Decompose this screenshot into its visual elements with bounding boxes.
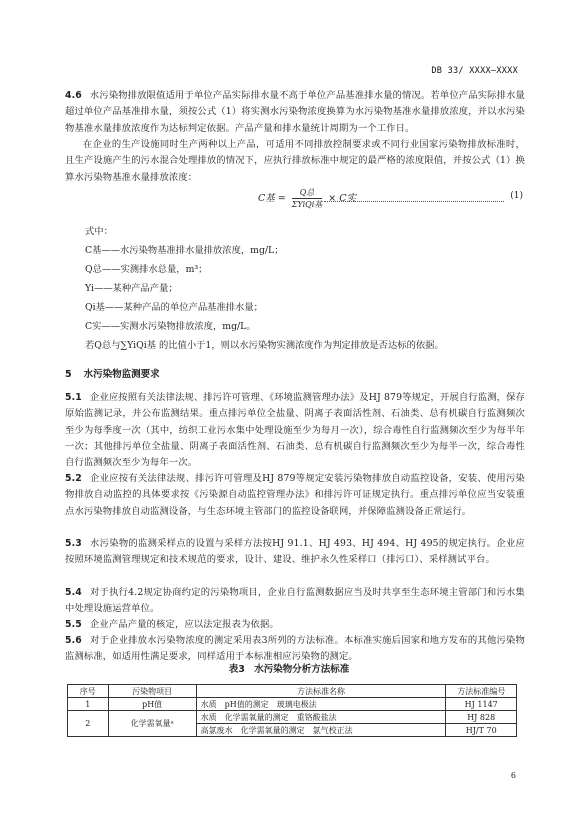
variable-def: Q总——实测排水总量，m³； — [85, 260, 444, 279]
clause-5-2: 5.2企业应按有关法律法规、排污许可管理及HJ 879等规定安装污染物排放自动监… — [65, 471, 525, 520]
clause-4-6-paragraph-2: 在企业的生产设施同时生产两种以上产品，可适用不同排放控制要求或不同行业国家污染物… — [65, 137, 525, 186]
column-header: 方法标准编号 — [446, 685, 517, 698]
variable-definitions: 式中： C基——水污染物基准排水量排放浓度，mg/L； Q总——实测排水总量，m… — [85, 222, 444, 355]
clause-4-6-paragraph: 4.6水污染物排放限值适用于单位产品实际排水量不高于单位产品基准排水量的情况。若… — [65, 88, 525, 137]
section-5-heading: 5水污染物监测要求 — [65, 366, 172, 380]
clause-number: 4.6 — [65, 90, 82, 101]
analysis-method-table: 序号 污染物项目 方法标准名称 方法标准编号 1 pH值 水质 pH值的测定 玻… — [67, 684, 517, 737]
formula-1: C基 = Q总 ΣYiQi基 × C实 (1) — [258, 187, 523, 219]
ratio-note: 若Q总与∑YiQi基 的比值小于1，则以水污染物实测浓度作为判定排放是否达标的依… — [85, 336, 444, 355]
clause-5-4: 5.4对于执行4.2规定协商约定的污染物项目，企业自行监测数据应当及时共享至生态… — [65, 585, 525, 618]
where-label: 式中： — [85, 222, 444, 241]
table-caption: 表3 水污染物分析方法标准 — [0, 661, 578, 675]
formula-lhs: C基 = — [258, 193, 286, 204]
clause-5-1: 5.1企业应按照有关法律法规、排污许可管理、《环境监测管理办法》及HJ 879等… — [65, 390, 525, 471]
variable-def: C实——实测水污染物排放浓度，mg/L。 — [85, 317, 444, 336]
clause-5-5: 5.5企业产品产量的核定，应以法定报表为依据。 — [65, 617, 525, 633]
table-row: 1 pH值 水质 pH值的测定 玻璃电极法 HJ 1147 — [68, 698, 517, 711]
column-header: 方法标准名称 — [196, 685, 446, 698]
formula-fraction: Q总 ΣYiQi基 — [292, 187, 322, 210]
table-header-row: 序号 污染物项目 方法标准名称 方法标准编号 — [68, 685, 517, 698]
column-header: 序号 — [68, 685, 109, 698]
clause-5-3: 5.3水污染物的监测采样点的设置与采样方法按HJ 91.1、HJ 493、HJ … — [65, 536, 525, 569]
equation-number: (1) — [510, 191, 523, 201]
column-header: 污染物项目 — [108, 685, 196, 698]
table-row: 2 化学需氧量ᵃ 水质 化学需氧量的测定 重铬酸盐法 HJ 828 — [68, 711, 517, 724]
document-id-header: DB 33/ XXXX—XXXX — [431, 66, 518, 76]
leader-dots — [324, 195, 504, 202]
variable-def: Qi基——某种产品的单位产品基准排水量； — [85, 298, 444, 317]
page-number: 6 — [511, 771, 516, 780]
variable-def: C基——水污染物基准排水量排放浓度，mg/L； — [85, 241, 444, 260]
variable-def: Yi——某种产品产量； — [85, 279, 444, 298]
